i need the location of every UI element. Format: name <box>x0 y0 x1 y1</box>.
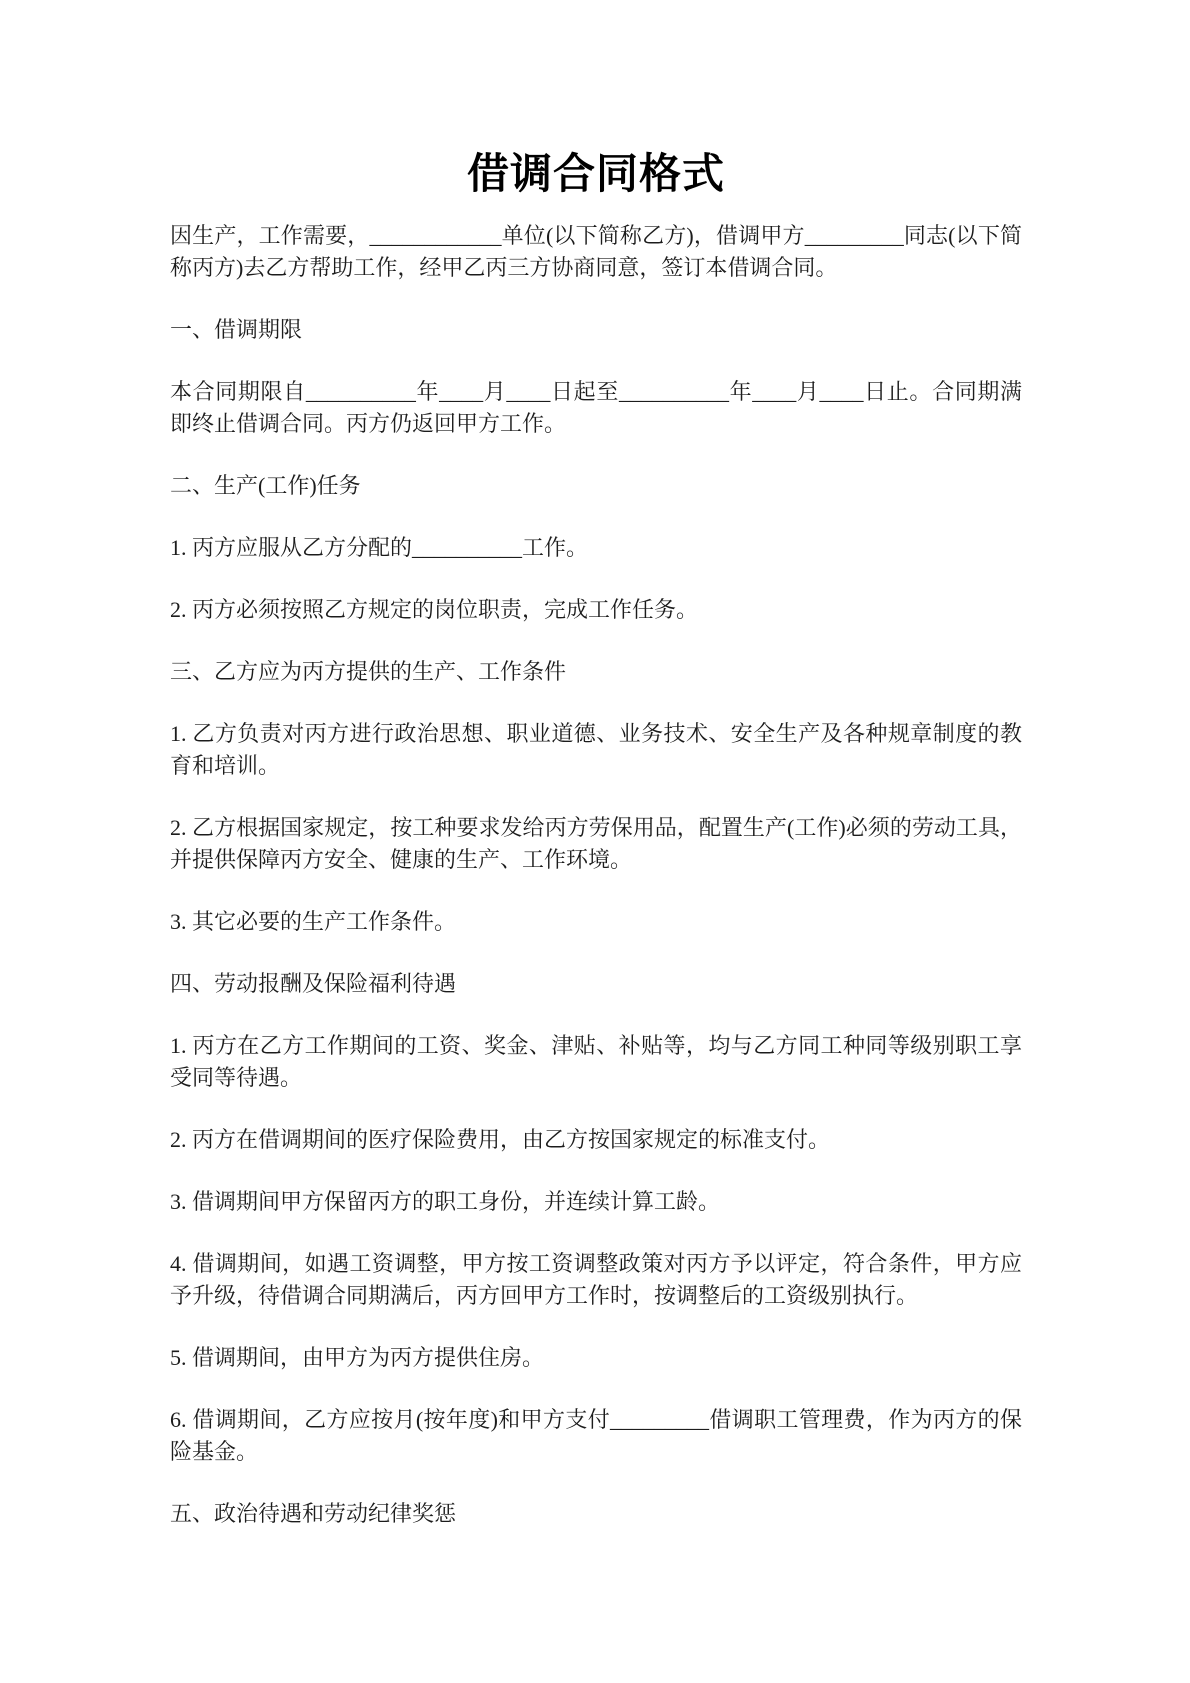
paragraph: 1. 丙方应服从乙方分配的__________工作。 <box>170 532 1022 564</box>
section-heading-3: 三、乙方应为丙方提供的生产、工作条件 <box>170 656 1022 688</box>
section-heading-5: 五、政治待遇和劳动纪律奖惩 <box>170 1498 1022 1530</box>
paragraph: 2. 丙方在借调期间的医疗保险费用，由乙方按国家规定的标准支付。 <box>170 1124 1022 1156</box>
paragraph: 2. 丙方必须按照乙方规定的岗位职责，完成工作任务。 <box>170 594 1022 626</box>
paragraph: 1. 乙方负责对丙方进行政治思想、职业道德、业务技术、安全生产及各种规章制度的教… <box>170 718 1022 782</box>
section-heading-2: 二、生产(工作)任务 <box>170 470 1022 502</box>
section-heading-4: 四、劳动报酬及保险福利待遇 <box>170 968 1022 1000</box>
paragraph: 6. 借调期间，乙方应按月(按年度)和甲方支付_________借调职工管理费，… <box>170 1404 1022 1468</box>
paragraph: 4. 借调期间，如遇工资调整，甲方按工资调整政策对丙方予以评定，符合条件，甲方应… <box>170 1248 1022 1312</box>
paragraph: 3. 其它必要的生产工作条件。 <box>170 906 1022 938</box>
document-page: 借调合同格式 因生产，工作需要，____________单位(以下简称乙方)，借… <box>0 0 1190 1683</box>
paragraph: 5. 借调期间，由甲方为丙方提供住房。 <box>170 1342 1022 1374</box>
paragraph: 2. 乙方根据国家规定，按工种要求发给丙方劳保用品，配置生产(工作)必须的劳动工… <box>170 812 1022 876</box>
document-title: 借调合同格式 <box>170 150 1022 200</box>
paragraph: 1. 丙方在乙方工作期间的工资、奖金、津贴、补贴等，均与乙方同工种同等级别职工享… <box>170 1030 1022 1094</box>
paragraph: 本合同期限自__________年____月____日起至__________年… <box>170 376 1022 440</box>
paragraph: 3. 借调期间甲方保留丙方的职工身份，并连续计算工龄。 <box>170 1186 1022 1218</box>
section-heading-1: 一、借调期限 <box>170 314 1022 346</box>
paragraph-intro: 因生产，工作需要，____________单位(以下简称乙方)，借调甲方____… <box>170 220 1022 284</box>
